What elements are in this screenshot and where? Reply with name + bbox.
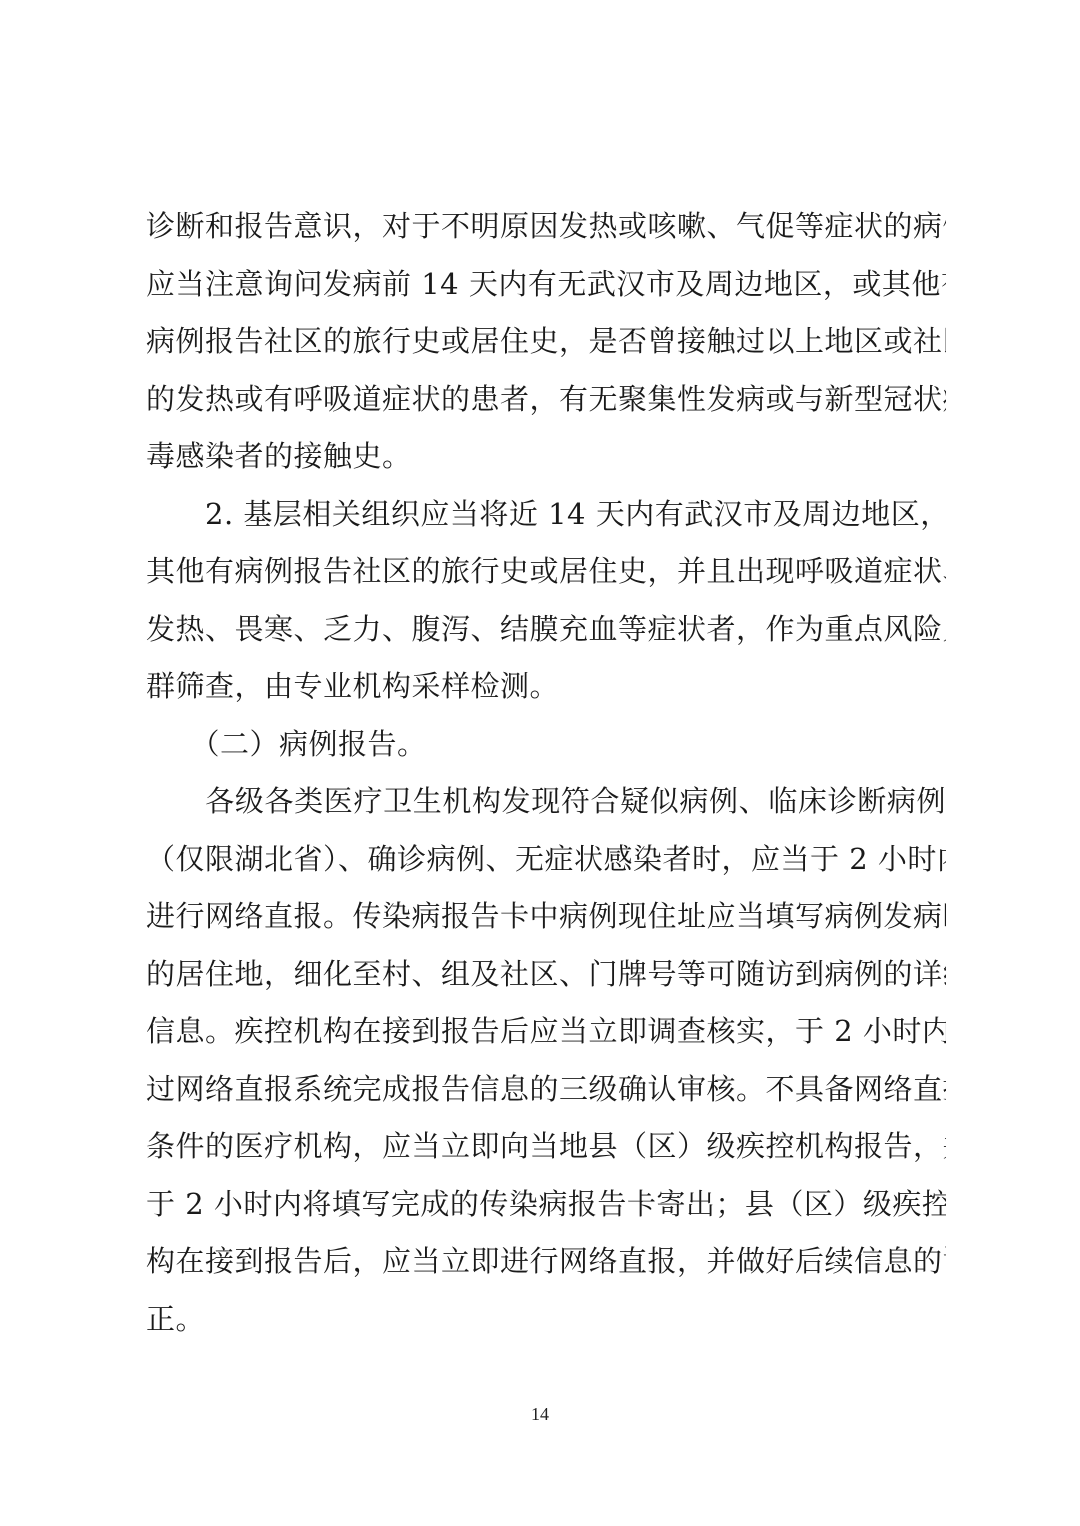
section-heading: （二）病例报告。 bbox=[146, 716, 946, 774]
text-line: （仅限湖北省）、确诊病例、无症状感染者时，应当于 2 小时内 bbox=[146, 831, 946, 889]
text-line: 应当注意询问发病前 14 天内有无武汉市及周边地区，或其他有 bbox=[146, 256, 946, 314]
text-line: 进行网络直报。传染病报告卡中病例现住址应当填写病例发病时 bbox=[146, 888, 946, 946]
document-page: 诊断和报告意识，对于不明原因发热或咳嗽、气促等症状的病例， 应当注意询问发病前 … bbox=[0, 0, 1080, 1526]
text-line: 病例报告社区的旅行史或居住史，是否曾接触过以上地区或社区 bbox=[146, 313, 946, 371]
text-line: 其他有病例报告社区的旅行史或居住史，并且出现呼吸道症状、 bbox=[146, 543, 946, 601]
text-line: 的发热或有呼吸道症状的患者，有无聚集性发病或与新型冠状病 bbox=[146, 371, 946, 429]
text-line: 正。 bbox=[146, 1291, 946, 1349]
text-line: 毒感染者的接触史。 bbox=[146, 428, 946, 486]
text-line: 构在接到报告后，应当立即进行网络直报，并做好后续信息的订 bbox=[146, 1233, 946, 1291]
text-line: 条件的医疗机构，应当立即向当地县（区）级疾控机构报告，并 bbox=[146, 1118, 946, 1176]
text-line: 过网络直报系统完成报告信息的三级确认审核。不具备网络直报 bbox=[146, 1061, 946, 1119]
text-line: 于 2 小时内将填写完成的传染病报告卡寄出；县（区）级疾控机 bbox=[146, 1176, 946, 1234]
text-line: 的居住地，细化至村、组及社区、门牌号等可随访到病例的详细 bbox=[146, 946, 946, 1004]
text-line: 各级各类医疗卫生机构发现符合疑似病例、临床诊断病例 bbox=[146, 773, 946, 831]
text-line: 发热、畏寒、乏力、腹泻、结膜充血等症状者，作为重点风险人 bbox=[146, 601, 946, 659]
document-body: 诊断和报告意识，对于不明原因发热或咳嗽、气促等症状的病例， 应当注意询问发病前 … bbox=[146, 198, 946, 1348]
text-line: 2. 基层相关组织应当将近 14 天内有武汉市及周边地区，或 bbox=[146, 486, 946, 544]
text-line: 诊断和报告意识，对于不明原因发热或咳嗽、气促等症状的病例， bbox=[146, 198, 946, 256]
page-number: 14 bbox=[0, 1404, 1080, 1425]
text-line: 群筛查，由专业机构采样检测。 bbox=[146, 658, 946, 716]
text-line: 信息。疾控机构在接到报告后应当立即调查核实，于 2 小时内通 bbox=[146, 1003, 946, 1061]
